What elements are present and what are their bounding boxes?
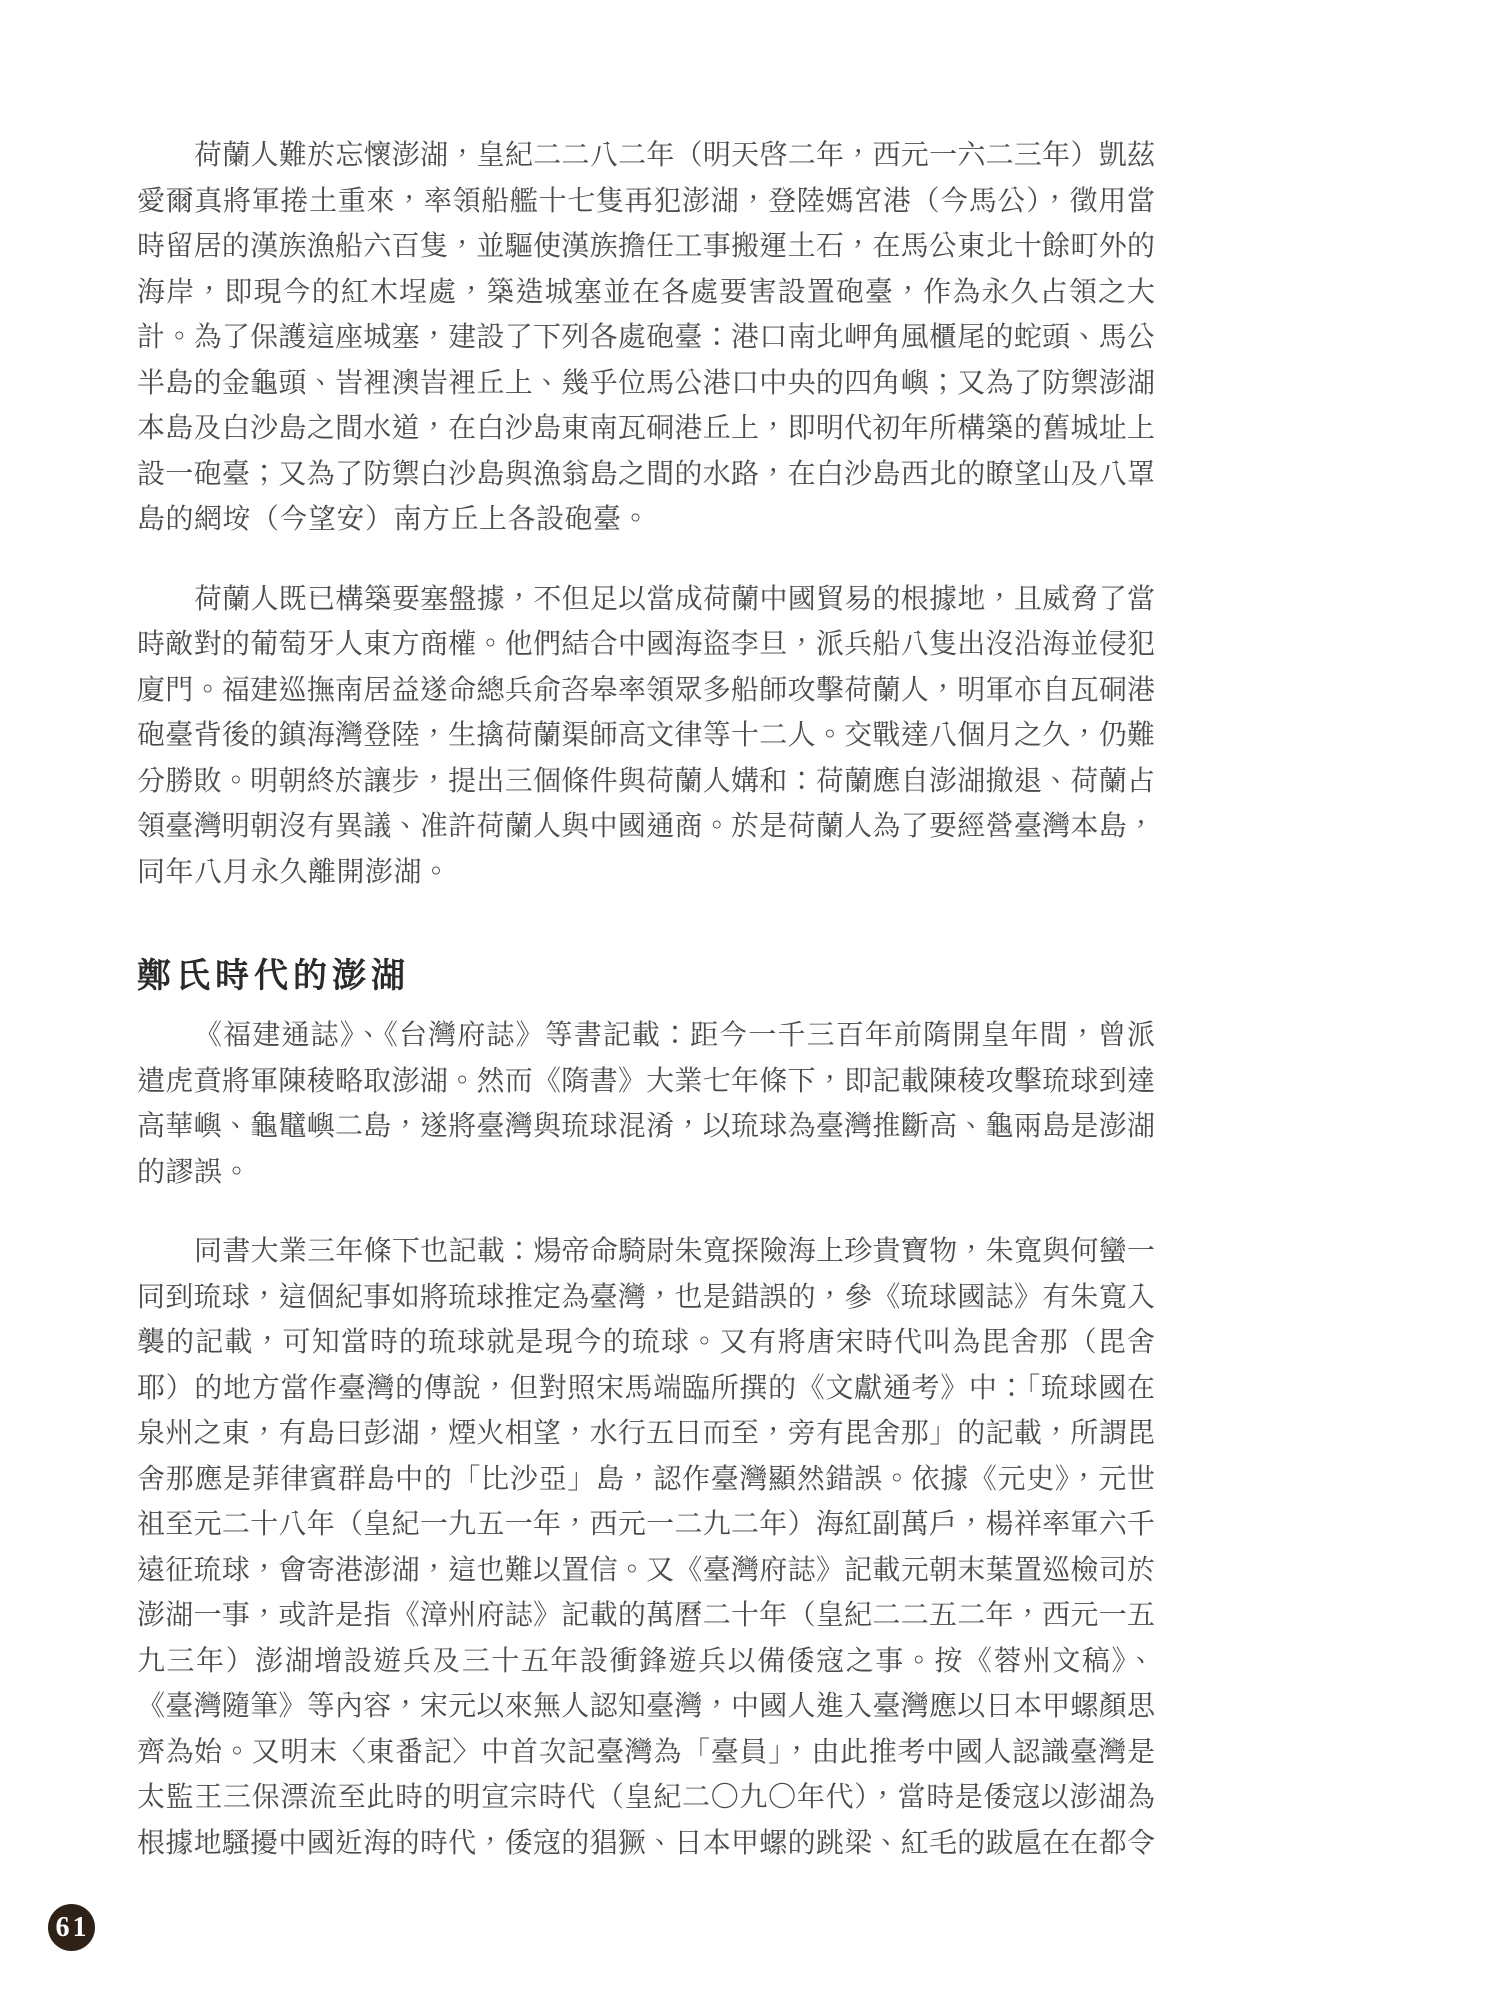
text-line: 的謬誤。 (137, 1149, 1155, 1195)
text-line: 根據地騷擾中國近海的時代，倭寇的猖獗、日本甲螺的跳梁、紅毛的跋扈在在都令 (137, 1820, 1155, 1866)
text-line: 計。為了保護這座城塞，建設了下列各處砲臺：港口南北岬角風櫃尾的蛇頭、馬公 (137, 314, 1155, 360)
text-line: 同書大業三年條下也記載：煬帝命騎尉朱寬探險海上珍貴寶物，朱寬與何蠻一 (137, 1228, 1155, 1274)
text-line: 同年八月永久離開澎湖。 (137, 849, 1155, 895)
text-line: 海岸，即現今的紅木埕處，築造城塞並在各處要害設置砲臺，作為永久占領之大 (137, 269, 1155, 315)
text-line: 耶）的地方當作臺灣的傳說，但對照宋馬端臨所撰的《文獻通考》中：「琉球國在 (137, 1365, 1155, 1411)
text-line: 廈門。福建巡撫南居益遂命總兵俞咨皋率領眾多船師攻擊荷蘭人，明軍亦自瓦硐港 (137, 667, 1155, 713)
text-line: 齊為始。又明末〈東番記〉中首次記臺灣為「臺員」，由此推考中國人認識臺灣是 (137, 1729, 1155, 1775)
text-line: 愛爾真將軍捲土重來，率領船艦十七隻再犯澎湖，登陸媽宮港（今馬公），徵用當 (137, 178, 1155, 224)
text-line: 高華嶼、龜鼊嶼二島，遂將臺灣與琉球混淆，以琉球為臺灣推斷高、龜兩島是澎湖 (137, 1103, 1155, 1149)
paragraph: 荷蘭人既已構築要塞盤據，不但足以當成荷蘭中國貿易的根據地，且威脅了當時敵對的葡萄… (137, 576, 1155, 895)
paragraph: 《福建通誌》、《台灣府誌》等書記載：距今一千三百年前隋開皇年間，曾派遣虎賁將軍陳… (137, 1012, 1155, 1194)
paragraph: 荷蘭人難於忘懷澎湖，皇紀二二八二年（明天啓二年，西元一六二三年）凱茲愛爾真將軍捲… (137, 132, 1155, 542)
text-line: 泉州之東，有島曰彭湖，煙火相望，水行五日而至，旁有毘舍那」的記載，所謂毘 (137, 1410, 1155, 1456)
text-line: 荷蘭人難於忘懷澎湖，皇紀二二八二年（明天啓二年，西元一六二三年）凱茲 (137, 132, 1155, 178)
text-line: 同到琉球，這個紀事如將琉球推定為臺灣，也是錯誤的，參《琉球國誌》有朱寬入 (137, 1274, 1155, 1320)
text-line: 時敵對的葡萄牙人東方商權。他們結合中國海盜李旦，派兵船八隻出沒沿海並侵犯 (137, 621, 1155, 667)
text-line: 遣虎賁將軍陳稜略取澎湖。然而《隋書》大業七年條下，即記載陳稜攻擊琉球到達 (137, 1058, 1155, 1104)
text-line: 荷蘭人既已構築要塞盤據，不但足以當成荷蘭中國貿易的根據地，且威脅了當 (137, 576, 1155, 622)
page-number: 61 (56, 1912, 90, 1944)
text-line: 襲的記載，可知當時的琉球就是現今的琉球。又有將唐宋時代叫為毘舍那（毘舍 (137, 1319, 1155, 1365)
paragraph: 同書大業三年條下也記載：煬帝命騎尉朱寬探險海上珍貴寶物，朱寬與何蠻一同到琉球，這… (137, 1228, 1155, 1865)
text-line: 《福建通誌》、《台灣府誌》等書記載：距今一千三百年前隋開皇年間，曾派 (137, 1012, 1155, 1058)
text-line: 遠征琉球，會寄港澎湖，這也難以置信。又《臺灣府誌》記載元朝末葉置巡檢司於 (137, 1547, 1155, 1593)
text-line: 分勝敗。明朝終於讓步，提出三個條件與荷蘭人媾和：荷蘭應自澎湖撤退、荷蘭占 (137, 758, 1155, 804)
text-line: 本島及白沙島之間水道，在白沙島東南瓦硐港丘上，即明代初年所構築的舊城址上 (137, 405, 1155, 451)
text-line: 《臺灣隨筆》等內容，宋元以來無人認知臺灣，中國人進入臺灣應以日本甲螺顏思 (137, 1683, 1155, 1729)
text-line: 半島的金龜頭、峕裡澳峕裡丘上、幾乎位馬公港口中央的四角嶼；又為了防禦澎湖 (137, 360, 1155, 406)
text-line: 島的網垵（今望安）南方丘上各設砲臺。 (137, 496, 1155, 542)
text-line: 舍那應是菲律賓群島中的「比沙亞」島，認作臺灣顯然錯誤。依據《元史》，元世 (137, 1456, 1155, 1502)
page-number-badge: 61 (48, 1904, 95, 1951)
text-line: 九三年）澎湖增設遊兵及三十五年設衝鋒遊兵以備倭寇之事。按《蓉州文稿》、 (137, 1638, 1155, 1684)
text-line: 設一砲臺；又為了防禦白沙島與漁翁島之間的水路，在白沙島西北的瞭望山及八罩 (137, 451, 1155, 497)
text-line: 時留居的漢族漁船六百隻，並驅使漢族擔任工事搬運土石，在馬公東北十餘町外的 (137, 223, 1155, 269)
page-body: 荷蘭人難於忘懷澎湖，皇紀二二八二年（明天啓二年，西元一六二三年）凱茲愛爾真將軍捲… (137, 132, 1155, 1899)
text-line: 領臺灣明朝沒有異議、准許荷蘭人與中國通商。於是荷蘭人為了要經營臺灣本島， (137, 803, 1155, 849)
text-line: 澎湖一事，或許是指《漳州府誌》記載的萬曆二十年（皇紀二二五二年，西元一五 (137, 1592, 1155, 1638)
book-page: 荷蘭人難於忘懷澎湖，皇紀二二八二年（明天啓二年，西元一六二三年）凱茲愛爾真將軍捲… (0, 0, 1500, 1995)
text-line: 砲臺背後的鎮海灣登陸，生擒荷蘭渠師高文律等十二人。交戰達八個月之久，仍難 (137, 712, 1155, 758)
section-heading: 鄭氏時代的澎湖 (137, 955, 1155, 999)
text-line: 祖至元二十八年（皇紀一九五一年，西元一二九二年）海紅副萬戶，楊祥率軍六千 (137, 1501, 1155, 1547)
text-line: 太監王三保漂流至此時的明宣宗時代（皇紀二〇九〇年代），當時是倭寇以澎湖為 (137, 1774, 1155, 1820)
